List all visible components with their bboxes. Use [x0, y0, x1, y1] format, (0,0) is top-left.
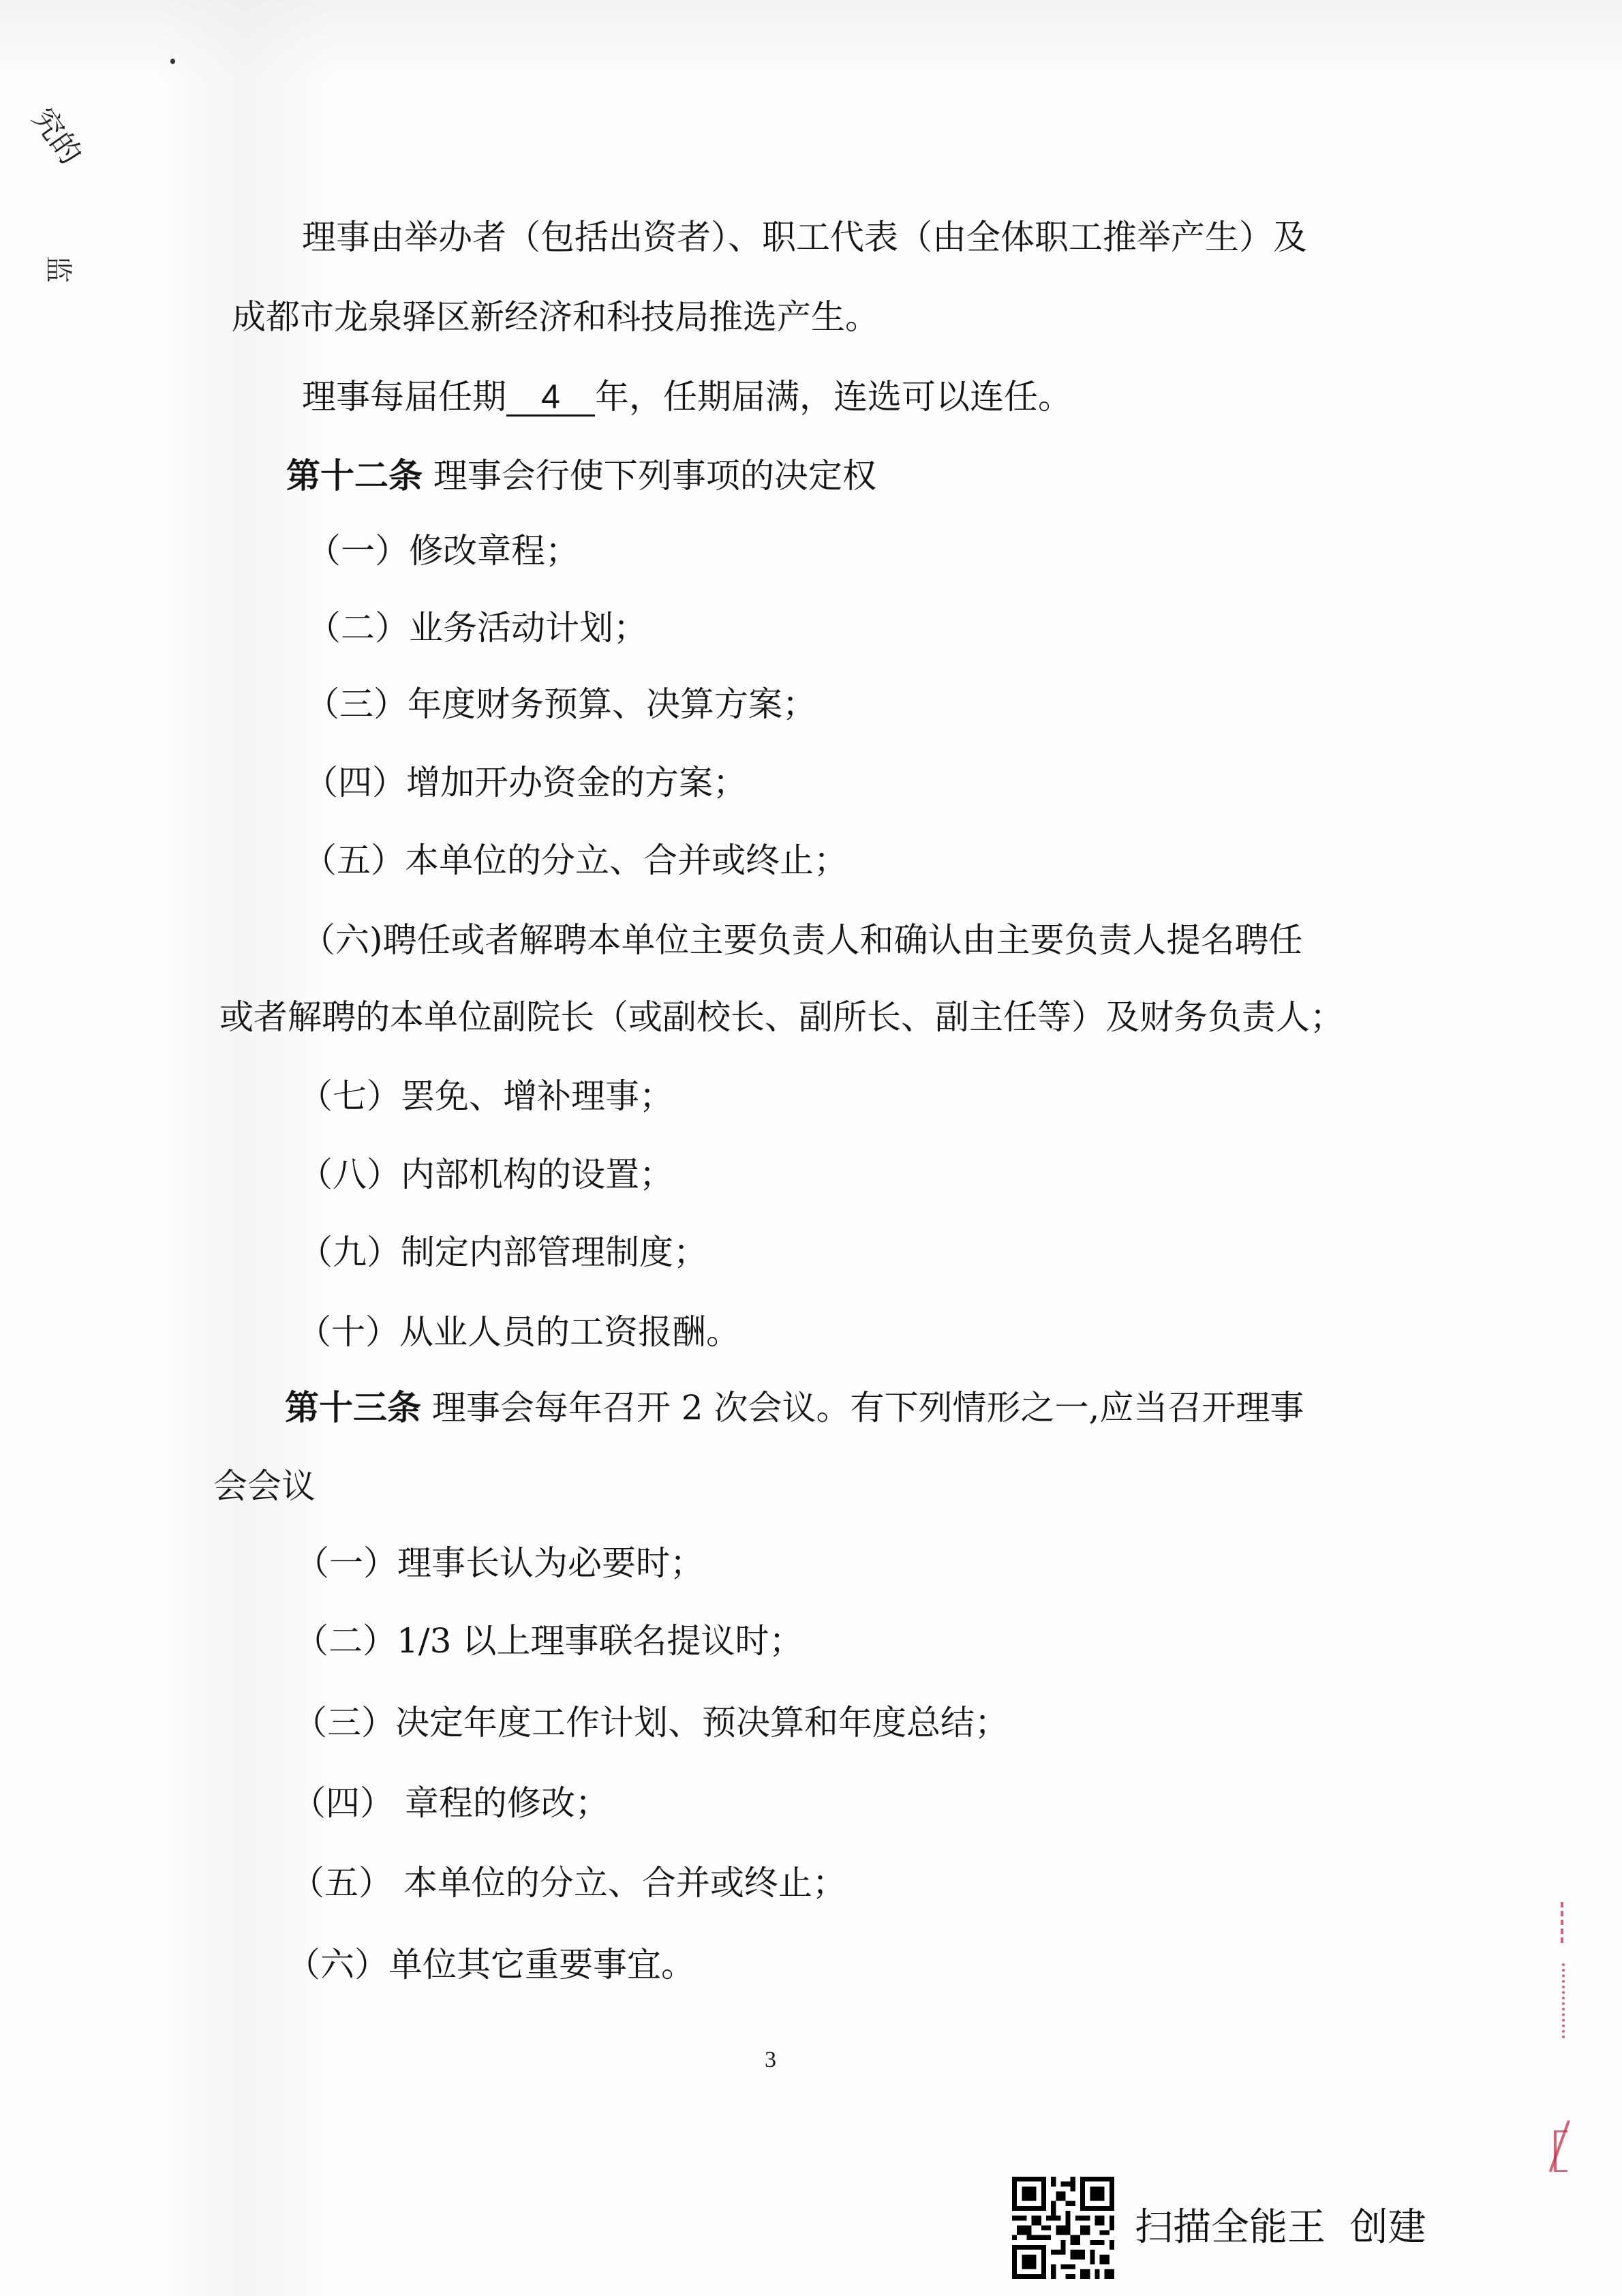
term-years-blank: 4: [506, 379, 595, 417]
term-prefix: 理事每届任期: [302, 377, 506, 417]
scanner-watermark: 扫描全能王 创建: [1012, 2177, 1426, 2279]
article-12-item-4: （四）增加开办资金的方案；: [304, 762, 747, 803]
article-12-heading: 第十二条: [286, 456, 423, 496]
article-12-item-3: （三）年度财务预算、决算方案；: [305, 684, 816, 725]
article-12-item-5: （五）本单位的分立、合并或终止；: [303, 840, 848, 881]
article-12-text: 理事会行使下列事项的决定权: [433, 456, 876, 496]
article-12-item-10: （十）从业人员的工资报酬。: [297, 1312, 740, 1353]
article-12-item-1: （一）修改章程；: [307, 530, 579, 571]
article-13-item-6: （六）单位其它重要事宜。: [286, 1944, 695, 1985]
article-13-item-3: （三）决定年度工作计划、预决算和年度总结；: [293, 1702, 1009, 1743]
article-13: 第十三条 理事会每年召开 2 次会议。有下列情形之一,应当召开理事: [285, 1387, 1304, 1428]
paragraph-1-line-2: 成都市龙泉驿区新经济和科技局推选产生。: [232, 297, 879, 337]
article-13-item-5: （五） 本单位的分立、合并或终止；: [290, 1862, 846, 1903]
paragraph-1-line-1: 理事由举办者（包括出资者）、职工代表（由全体职工推举产生）及: [302, 217, 1307, 258]
article-12-item-6-cont: 或者解聘的本单位副院长（或副校长、副所长、副主任等）及财务负责人；: [219, 997, 1344, 1038]
article-12-item-6: （六)聘任或者解聘本单位主要负责人和确认由主要负责人提名聘任: [301, 920, 1303, 961]
seal-stamp-fragment: [1561, 1902, 1570, 1943]
article-12-item-8: （八）内部机构的设置；: [299, 1154, 673, 1195]
qr-code-icon: [1012, 2177, 1114, 2279]
article-13-heading: 第十三条: [285, 1388, 421, 1428]
page-number: 3: [765, 2048, 776, 2072]
scan-top-shadow: [0, 0, 1622, 82]
article-12-item-2: （二）业务活动计划；: [307, 607, 647, 648]
article-13-text: 理事会每年召开 2 次会议。有下列情形之一,应当召开理事: [432, 1388, 1304, 1428]
watermark-text: 扫描全能王 创建: [1135, 2207, 1426, 2248]
article-13-item-4: （四） 章程的修改；: [292, 1783, 609, 1824]
article-13-item-1: （一）理事长认为必要时；: [295, 1543, 704, 1584]
article-12-item-7: （七）罢免、增补理事；: [299, 1076, 673, 1117]
seal-stamp-fragment: [1562, 1963, 1572, 2038]
margin-fragment-2: 监: [41, 256, 75, 283]
term-suffix: 年，任期届满，连选可以连任。: [595, 377, 1072, 417]
article-13-text-cont: 会会议: [213, 1466, 316, 1507]
article-12-item-9: （九）制定内部管理制度；: [299, 1232, 707, 1273]
scan-speck: [170, 59, 175, 64]
paragraph-term: 理事每届任期4年，任期届满，连选可以连任。: [302, 376, 1072, 417]
article-12: 第十二条 理事会行使下列事项的决定权: [286, 455, 876, 496]
seal-stamp-fragment: [1554, 2130, 1567, 2172]
margin-fragment-1: 究的: [25, 102, 87, 171]
article-13-item-2: （二）1/3 以上理事联名提议时；: [294, 1620, 803, 1661]
